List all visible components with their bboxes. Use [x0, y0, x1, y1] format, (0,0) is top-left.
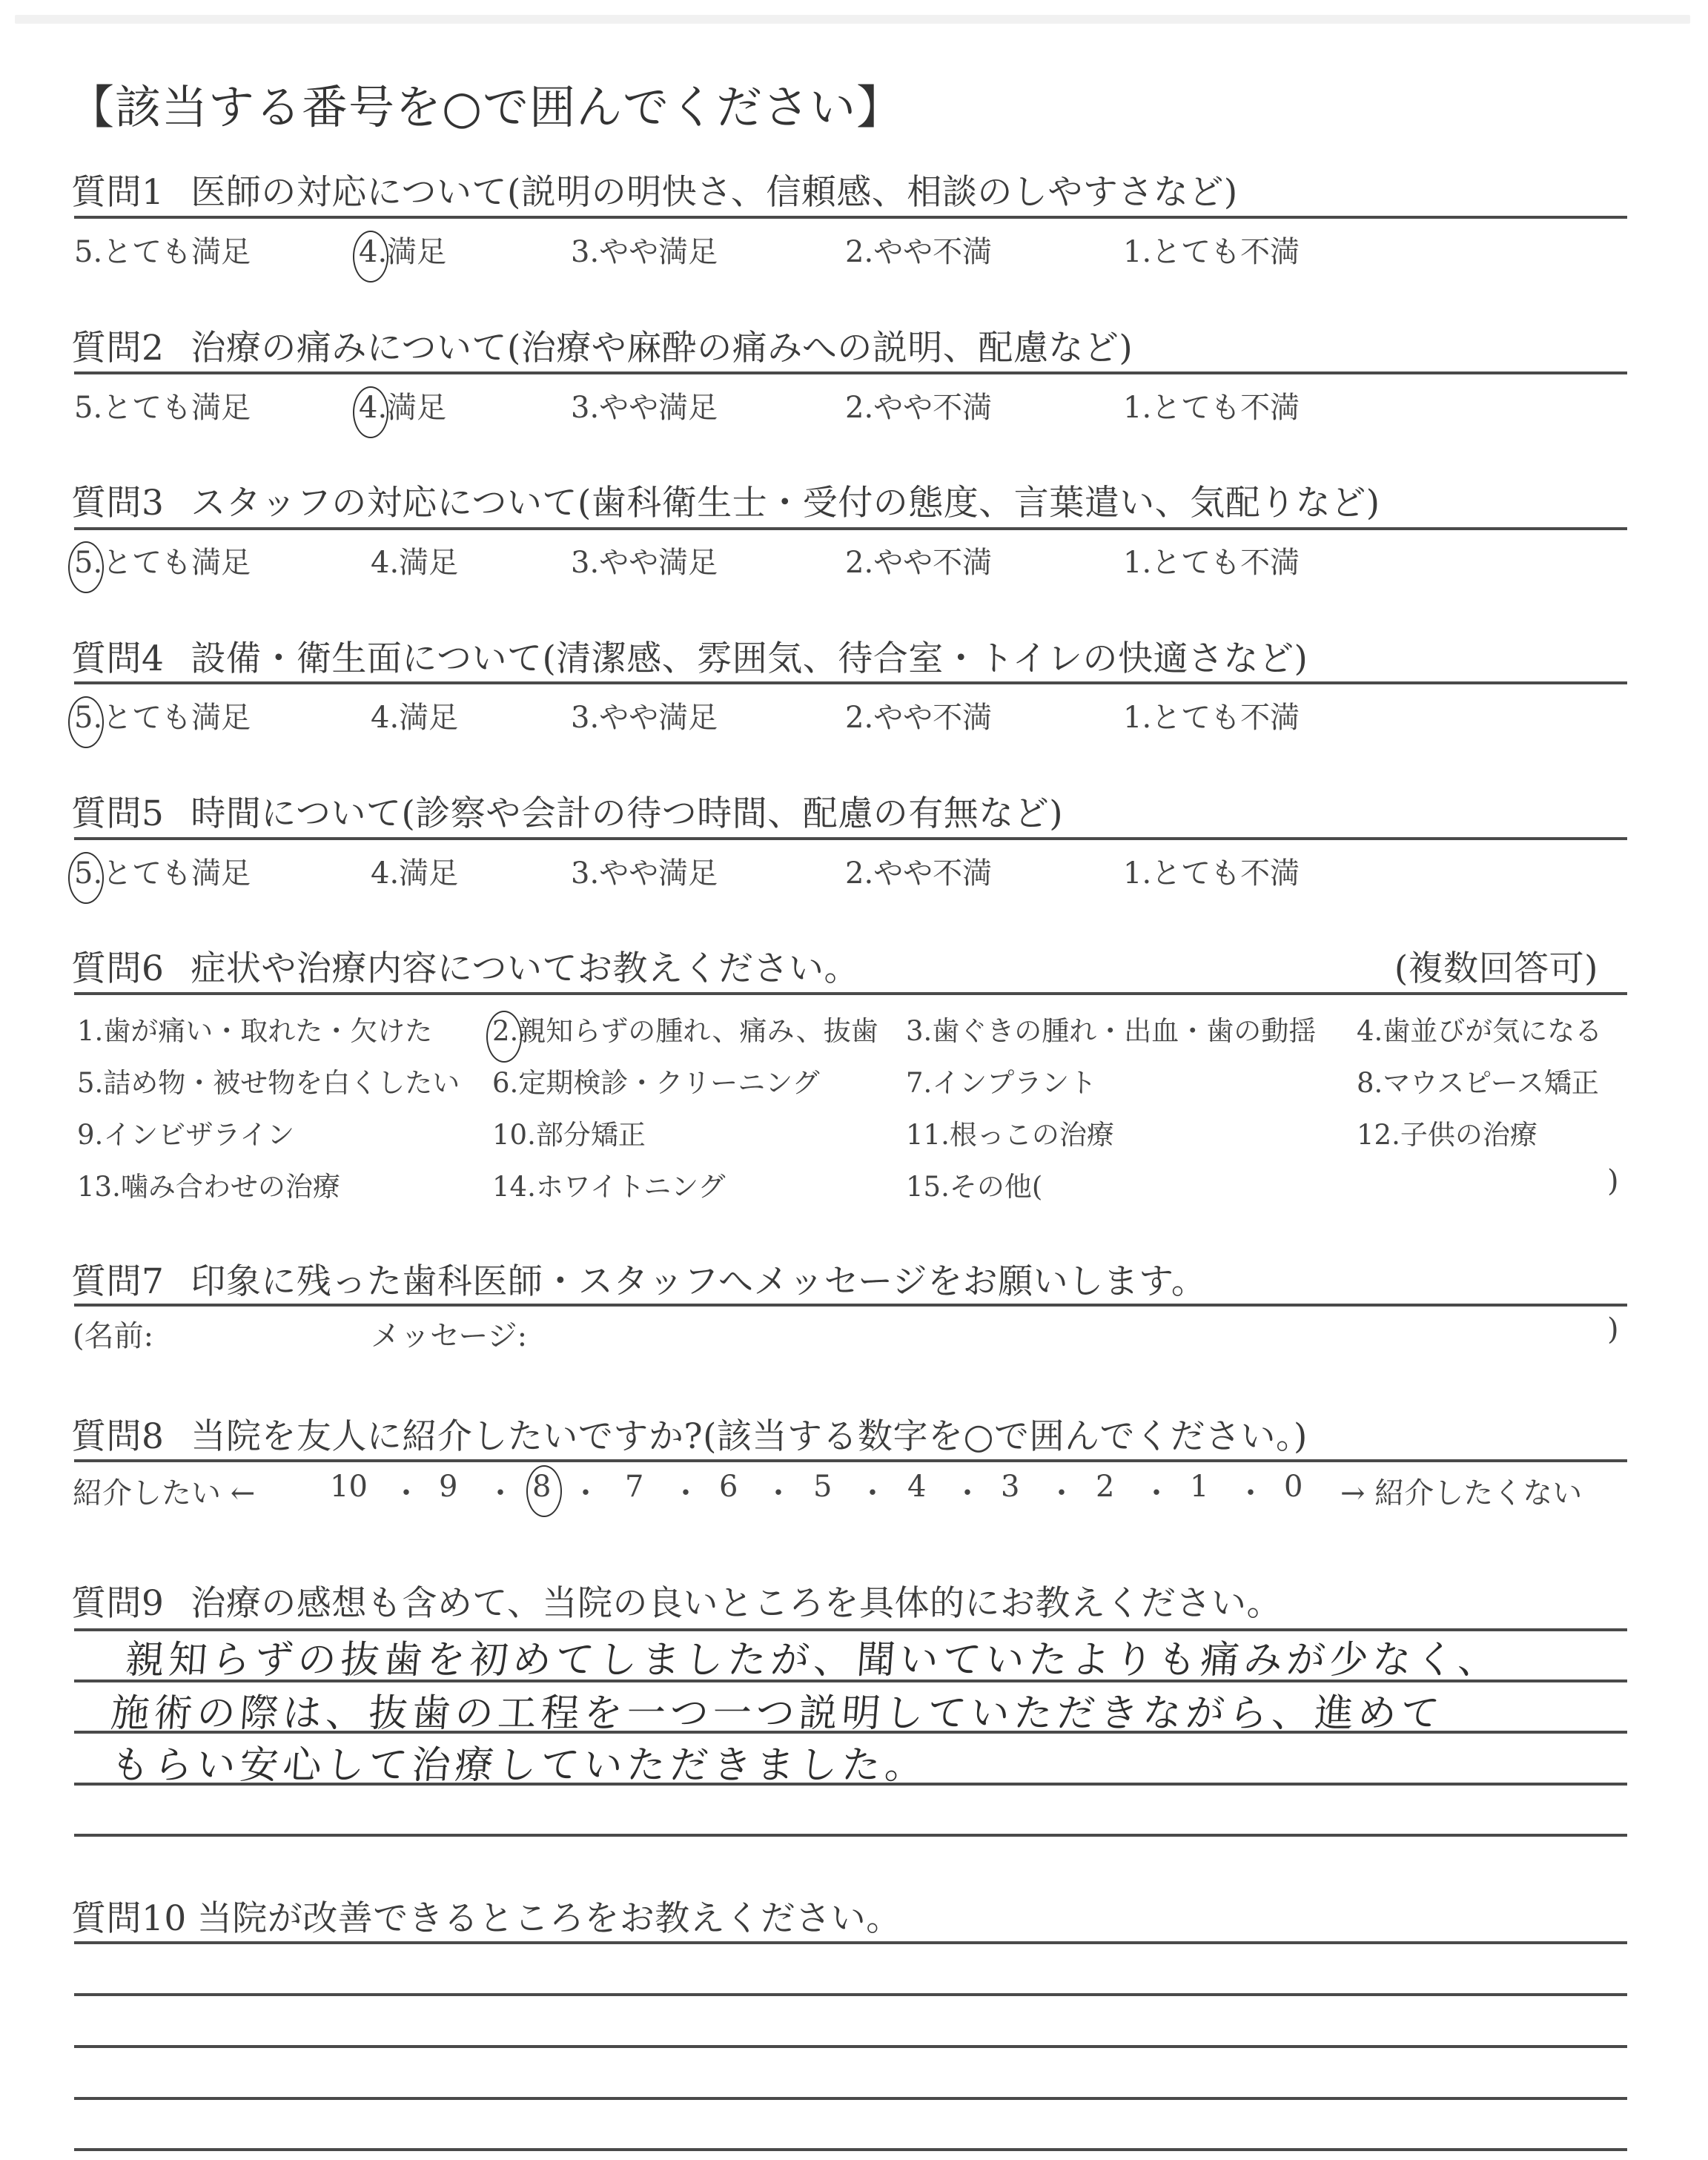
q5-option-4[interactable]: 4.満足	[371, 850, 458, 892]
q8-score-8[interactable]: 8	[532, 1470, 551, 1504]
q8-score-5[interactable]: 5	[813, 1470, 832, 1504]
selected-circle: 5.	[74, 546, 102, 580]
q6-other-close-paren: )	[1607, 1164, 1619, 1198]
q2-heading: 質問2治療の痛みについて(治療や麻酔の痛みへの説明、配慮など)	[71, 320, 1133, 370]
q2-option-5[interactable]: 5.とても満足	[74, 384, 251, 426]
q5-rule	[74, 837, 1627, 840]
q8-score-10[interactable]: 10	[330, 1470, 368, 1504]
q6-item-3[interactable]: 3.歯ぐきの腫れ・出血・歯の動揺	[906, 1008, 1316, 1048]
q8-right-label: → 紹介したくない	[1340, 1470, 1582, 1512]
q1-option-5[interactable]: 5.とても満足	[74, 228, 251, 271]
q4-heading: 質問4設備・衛生面について(清潔感、雰囲気、待合室・トイレの快適さなど)	[71, 631, 1308, 681]
q5-option-1[interactable]: 1.とても不満	[1123, 850, 1300, 892]
q8-separator: ・	[764, 1470, 793, 1512]
q10-rule-4	[74, 2097, 1627, 2100]
q8-rule	[74, 1459, 1627, 1462]
q10-rule-2	[74, 1993, 1627, 1996]
q5-text: 時間について(診察や会計の待つ時間、配慮の有無など)	[191, 793, 1063, 834]
q4-option-4[interactable]: 4.満足	[371, 694, 458, 736]
selected-circle: 2.	[492, 1015, 518, 1047]
q7-name-field[interactable]: (名前:	[73, 1312, 153, 1355]
q8-separator: ・	[1236, 1470, 1265, 1512]
q10-text: 当院が改善できるところをお教えください。	[197, 1898, 901, 1939]
q5-number: 質問5	[71, 793, 164, 834]
page-title: 【該当する番号を○で囲んでください】	[68, 70, 903, 136]
q8-separator: ・	[1047, 1470, 1076, 1512]
q6-multi-answer-note: (複数回答可)	[1394, 941, 1598, 991]
q6-item-6[interactable]: 6.定期検診・クリーニング	[492, 1060, 820, 1100]
q8-heading: 質問8当院を友人に紹介したいですか?(該当する数字を○で囲んでください。)	[71, 1409, 1308, 1459]
q5-option-5[interactable]: 5.とても満足	[74, 850, 251, 892]
q6-item-5[interactable]: 5.詰め物・被せ物を白くしたい	[77, 1060, 460, 1100]
q5-heading: 質問5時間について(診察や会計の待つ時間、配慮の有無など)	[71, 786, 1063, 836]
q8-separator: ・	[391, 1470, 421, 1512]
q3-heading: 質問3スタッフの対応について(歯科衛生士・受付の態度、言葉遣い、気配りなど)	[71, 475, 1380, 525]
q8-score-0[interactable]: 0	[1284, 1470, 1302, 1504]
q6-item-12[interactable]: 12.子供の治療	[1357, 1112, 1537, 1152]
q3-text: スタッフの対応について(歯科衛生士・受付の態度、言葉遣い、気配りなど)	[191, 483, 1380, 524]
q8-score-7[interactable]: 7	[625, 1470, 643, 1504]
q9-rule-4	[74, 1783, 1627, 1786]
q3-option-3[interactable]: 3.やや満足	[571, 539, 718, 581]
q4-text: 設備・衛生面について(清潔感、雰囲気、待合室・トイレの快適さなど)	[191, 638, 1308, 679]
q5-option-2[interactable]: 2.やや不満	[845, 850, 992, 892]
q3-option-4[interactable]: 4.満足	[371, 539, 458, 581]
q6-number: 質問6	[71, 948, 164, 989]
q4-option-3[interactable]: 3.やや満足	[571, 694, 718, 736]
q6-item-7[interactable]: 7.インプラント	[906, 1060, 1096, 1100]
q6-item-14[interactable]: 14.ホワイトニング	[492, 1164, 726, 1204]
q7-close-paren: )	[1607, 1312, 1619, 1347]
q8-separator: ・	[1142, 1470, 1171, 1512]
q8-score-1[interactable]: 1	[1190, 1470, 1208, 1504]
q6-heading: 質問6症状や治療内容についてお教えください。 (複数回答可)	[71, 941, 1598, 991]
q7-rule	[74, 1304, 1627, 1307]
selected-circle: 4.	[359, 391, 387, 425]
q6-item-2[interactable]: 2.親知らずの腫れ、痛み、抜歯	[492, 1008, 878, 1048]
q8-score-3[interactable]: 3	[1001, 1470, 1019, 1504]
q9-handwritten-line-2[interactable]: 施術の際は、抜歯の工程を一つ一つ説明していただきながら、進めて	[109, 1682, 1446, 1737]
q8-separator: ・	[486, 1470, 515, 1512]
q9-handwritten-line-1[interactable]: 親知らずの抜歯を初めてしましたが、聞いていたよりも痛みが少なく、	[124, 1628, 1503, 1684]
q7-message-field[interactable]: メッセージ:	[371, 1312, 527, 1355]
q6-text: 症状や治療内容についてお教えください。	[191, 948, 859, 989]
q8-score-9[interactable]: 9	[439, 1470, 457, 1504]
q6-item-4[interactable]: 4.歯並びが気になる	[1357, 1008, 1602, 1048]
q10-rule-3	[74, 2045, 1627, 2048]
selected-circle: 5.	[74, 856, 102, 891]
selected-circle: 5.	[74, 701, 102, 735]
q6-item-1[interactable]: 1.歯が痛い・取れた・欠けた	[77, 1008, 432, 1048]
q2-number: 質問2	[71, 328, 164, 369]
q8-left-label: 紹介したい ←	[73, 1470, 255, 1512]
q6-item-11[interactable]: 11.根っこの治療	[906, 1112, 1114, 1152]
q9-text: 治療の感想も含めて、当院の良いところを具体的にお教えください。	[191, 1583, 1282, 1624]
q1-number: 質問1	[71, 172, 164, 213]
selected-circle: 8	[532, 1470, 551, 1504]
q6-item-8[interactable]: 8.マウスピース矯正	[1357, 1060, 1599, 1100]
q1-rule	[74, 216, 1627, 219]
page-top-edge	[15, 15, 1690, 24]
q1-option-4[interactable]: 4.満足	[359, 228, 446, 271]
q1-text: 医師の対応について(説明の明快さ、信頼感、相談のしやすさなど)	[191, 172, 1237, 213]
q2-option-2[interactable]: 2.やや不満	[845, 384, 992, 426]
q6-item-9[interactable]: 9.インビザライン	[77, 1112, 294, 1152]
q8-separator: ・	[953, 1470, 982, 1512]
q3-rule	[74, 527, 1627, 530]
q8-separator: ・	[671, 1470, 701, 1512]
q8-score-4[interactable]: 4	[907, 1470, 926, 1504]
q2-option-3[interactable]: 3.やや満足	[571, 384, 718, 426]
q1-option-3[interactable]: 3.やや満足	[571, 228, 718, 271]
q8-number: 質問8	[71, 1416, 164, 1457]
q10-rule-5	[74, 2148, 1627, 2151]
q7-name-label: (名前:	[73, 1319, 153, 1353]
q8-score-2[interactable]: 2	[1096, 1470, 1114, 1504]
q9-rule-5	[74, 1834, 1627, 1837]
q10-number: 質問10	[71, 1898, 187, 1939]
q1-option-2[interactable]: 2.やや不満	[845, 228, 992, 271]
q8-separator: ・	[858, 1470, 887, 1512]
q7-text: 印象に残った歯科医師・スタッフへメッセージをお願いします。	[191, 1261, 1206, 1302]
q3-option-2[interactable]: 2.やや不満	[845, 539, 992, 581]
q10-heading: 質問10当院が改善できるところをお教えください。	[71, 1891, 901, 1941]
q9-number: 質問9	[71, 1583, 164, 1624]
q5-option-3[interactable]: 3.やや満足	[571, 850, 718, 892]
q10-rule-1	[74, 1941, 1627, 1944]
q1-option-1[interactable]: 1.とても不満	[1123, 228, 1300, 271]
q3-option-5[interactable]: 5.とても満足	[74, 539, 251, 581]
q3-option-1[interactable]: 1.とても不満	[1123, 539, 1300, 581]
q1-heading: 質問1医師の対応について(説明の明快さ、信頼感、相談のしやすさなど)	[71, 165, 1238, 214]
q6-item-10[interactable]: 10.部分矯正	[492, 1112, 646, 1152]
q2-option-4[interactable]: 4.満足	[359, 384, 446, 426]
q8-score-6[interactable]: 6	[719, 1470, 738, 1504]
q4-rule	[74, 681, 1627, 684]
q6-rule	[74, 992, 1627, 995]
q3-number: 質問3	[71, 483, 164, 524]
q6-item-15-other[interactable]: 15.その他(	[906, 1164, 1042, 1204]
q9-heading: 質問9治療の感想も含めて、当院の良いところを具体的にお教えください。	[71, 1576, 1282, 1625]
q8-separator: ・	[571, 1470, 600, 1512]
q6-item-13[interactable]: 13.噛み合わせの治療	[77, 1164, 340, 1204]
q7-heading: 質問7印象に残った歯科医師・スタッフへメッセージをお願いします。	[71, 1254, 1206, 1304]
selected-circle: 4.	[359, 235, 387, 269]
q4-option-5[interactable]: 5.とても満足	[74, 694, 251, 736]
q4-number: 質問4	[71, 638, 164, 679]
q4-option-2[interactable]: 2.やや不満	[845, 694, 992, 736]
q8-text: 当院を友人に紹介したいですか?(該当する数字を○で囲んでください。)	[191, 1416, 1307, 1457]
q2-rule	[74, 371, 1627, 374]
q4-option-1[interactable]: 1.とても不満	[1123, 694, 1300, 736]
q2-text: 治療の痛みについて(治療や麻酔の痛みへの説明、配慮など)	[191, 328, 1133, 369]
q7-number: 質問7	[71, 1261, 164, 1302]
q9-handwritten-line-3[interactable]: もらい安心して治療していただきました。	[109, 1734, 930, 1789]
q2-option-1[interactable]: 1.とても不満	[1123, 384, 1300, 426]
q7-message-label: メッセージ:	[371, 1319, 527, 1353]
